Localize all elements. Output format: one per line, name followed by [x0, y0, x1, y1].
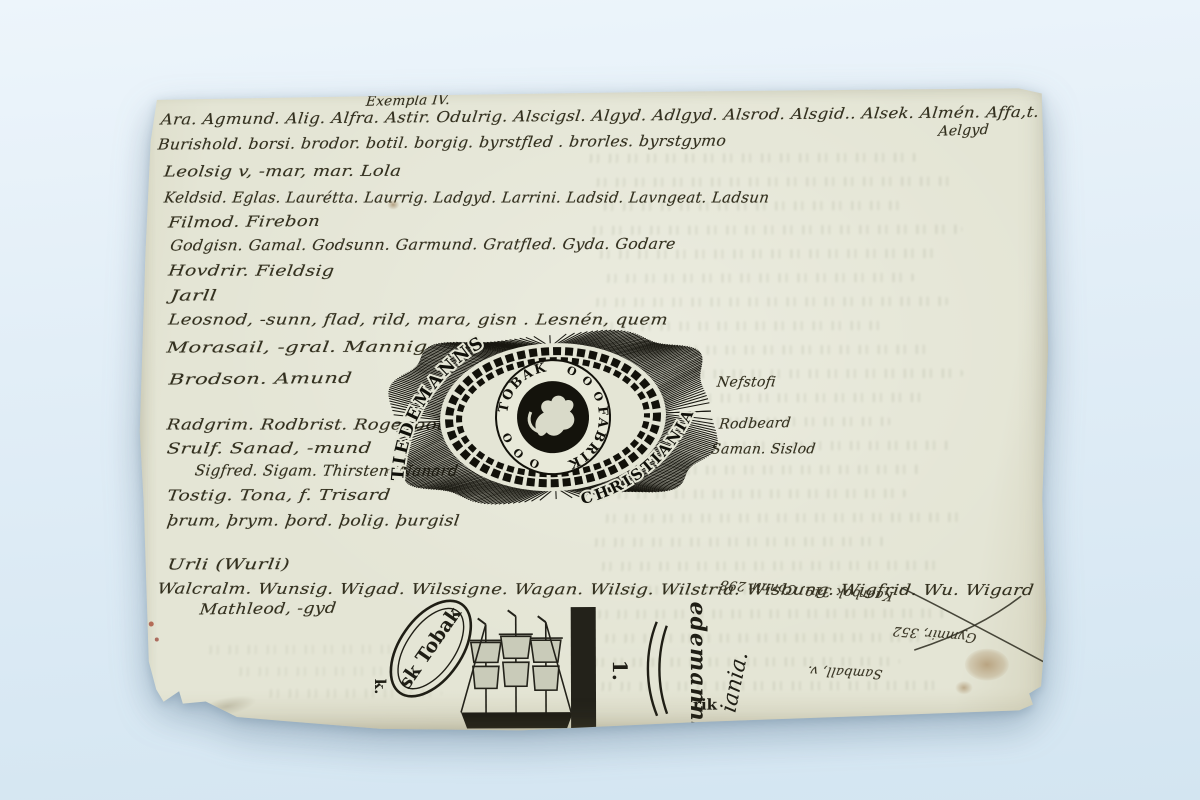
stain [955, 681, 973, 695]
manuscript-paper: Exempla IV. Ara. Agmund. Alig. Alfra. As… [135, 82, 1053, 735]
right-column-entry: Rodbeard [718, 415, 791, 433]
rotated-note: Samball, v. [806, 662, 883, 681]
manuscript-line: Hovdrir. Fieldsig [167, 261, 335, 279]
label-blackletter-fragment: edemanns [685, 602, 711, 735]
label-number: 1. [608, 660, 632, 681]
label-left-fragment: k. [371, 679, 389, 695]
manuscript-line: Srulf. Sanad, -mund [166, 439, 373, 458]
bleedthrough-row [594, 297, 949, 307]
label-oval: sk Tobak [375, 593, 488, 710]
bleedthrough-row [590, 225, 962, 235]
bleedthrough-row [600, 561, 940, 571]
label-city-fragment: iania. [716, 649, 753, 714]
manuscript-line: Godgisn. Gamal. Godsunn. Garmund. Gratfl… [169, 235, 677, 255]
bleedthrough-row [605, 273, 915, 283]
tobacco-stamp: TOBAK O O O FABRIK O O O TIEDEMANNS [380, 319, 727, 516]
label-dark-column [571, 607, 596, 734]
manuscript-line: Tostig. Tona, f. Trisard [166, 486, 392, 505]
manuscript-line: Burishold. borsi. brodor. botil. borgig.… [157, 132, 727, 154]
bleedthrough-row [594, 177, 956, 187]
bleedthrough-row [592, 537, 887, 547]
manuscript-line: Leolsig v, -mar, mar. Lola [163, 162, 403, 181]
manuscript-line: Keldsid. Eglas. Laurétta. Laurrig. Ladgy… [163, 188, 770, 206]
manuscript-line: Filmod. Firebon [167, 212, 321, 232]
label-fabrik-fragment: rik [693, 696, 718, 714]
ship-engraving [461, 610, 573, 728]
right-column-entry: Nefstofi [716, 374, 777, 390]
manuscript-lines: Ara. Agmund. Alig. Alfra. Astir. Odulrig… [135, 82, 1051, 85]
manuscript-line: Urli (Wurli) [166, 555, 291, 573]
manuscript-line: Jarll [169, 286, 218, 304]
bleedthrough-row [603, 513, 963, 523]
stain [149, 622, 154, 627]
manuscript-line: Brodson. Amund [168, 369, 353, 389]
photo-stage: Exempla IV. Ara. Agmund. Alig. Alfra. As… [0, 0, 1200, 800]
stain [387, 200, 399, 210]
right-column-entry: Saman. Sislod [710, 441, 816, 457]
bleedthrough-row [587, 153, 917, 163]
stain [965, 649, 1009, 681]
stain [155, 638, 159, 642]
bleedthrough-text [135, 82, 1051, 85]
manuscript-line: Aelgyd [938, 122, 990, 140]
tobacco-label: k. sk Tobak [361, 593, 761, 734]
paper-shadow-wrap: Exempla IV. Ara. Agmund. Alig. Alfra. As… [0, 0, 1200, 800]
manuscript-line: Mathleod, -gyd [199, 599, 338, 619]
label-flourish [648, 622, 667, 716]
stain [196, 691, 258, 721]
